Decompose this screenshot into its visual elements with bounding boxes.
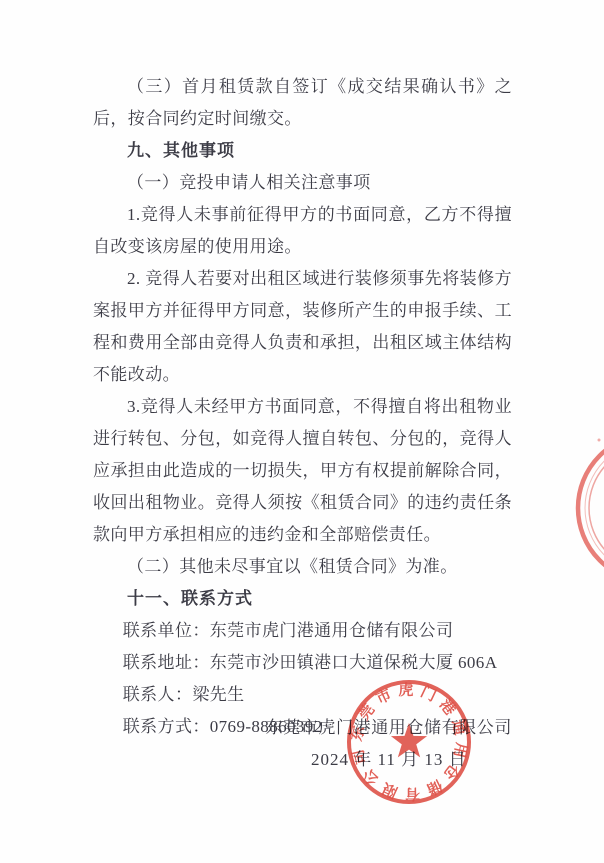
clause-paragraph: 2. 竞得人若要对出租区域进行装修须事先将装修方案报甲方并征得甲方同意，装修所产… [93, 263, 512, 391]
clause-paragraph: （一）竞投申请人相关注意事项 [93, 167, 512, 199]
clause-paragraph: 3.竞得人未经甲方书面同意，不得擅自将出租物业进行转包、分包，如竞得人擅自转包、… [93, 391, 512, 551]
contact-person-line: 联系人：梁先生 [93, 679, 512, 711]
signature-date: 2024 年 11 月 13 日 [266, 744, 512, 776]
contact-unit-line: 联系单位：东莞市虎门港通用仓储有限公司 [93, 615, 512, 647]
partial-seal-graphic [556, 428, 604, 596]
clause-paragraph: （三）首月租赁款自签订《成交结果确认书》之后，按合同约定时间缴交。 [93, 71, 512, 135]
clause-paragraph: 1.竞得人未事前征得甲方的书面同意，乙方不得擅自改变该房屋的使用用途。 [93, 199, 512, 263]
partial-seal-edge-mark [556, 428, 604, 596]
clause-paragraph: （二）其他未尽事宜以《租赁合同》为准。 [93, 551, 512, 583]
section-heading-11: 十一、联系方式 [93, 583, 512, 615]
document-body: （三）首月租赁款自签订《成交结果确认书》之后，按合同约定时间缴交。 九、其他事项… [93, 71, 512, 743]
signature-block: 东莞市虎门港通用仓储有限公司 2024 年 11 月 13 日 [266, 712, 512, 776]
contact-address-line: 联系地址：东莞市沙田镇港口大道保税大厦 606A [93, 647, 512, 679]
signature-company-name: 东莞市虎门港通用仓储有限公司 [266, 712, 512, 744]
section-heading-9: 九、其他事项 [93, 135, 512, 167]
scanned-document-page: （三）首月租赁款自签订《成交结果确认书》之后，按合同约定时间缴交。 九、其他事项… [0, 0, 604, 863]
